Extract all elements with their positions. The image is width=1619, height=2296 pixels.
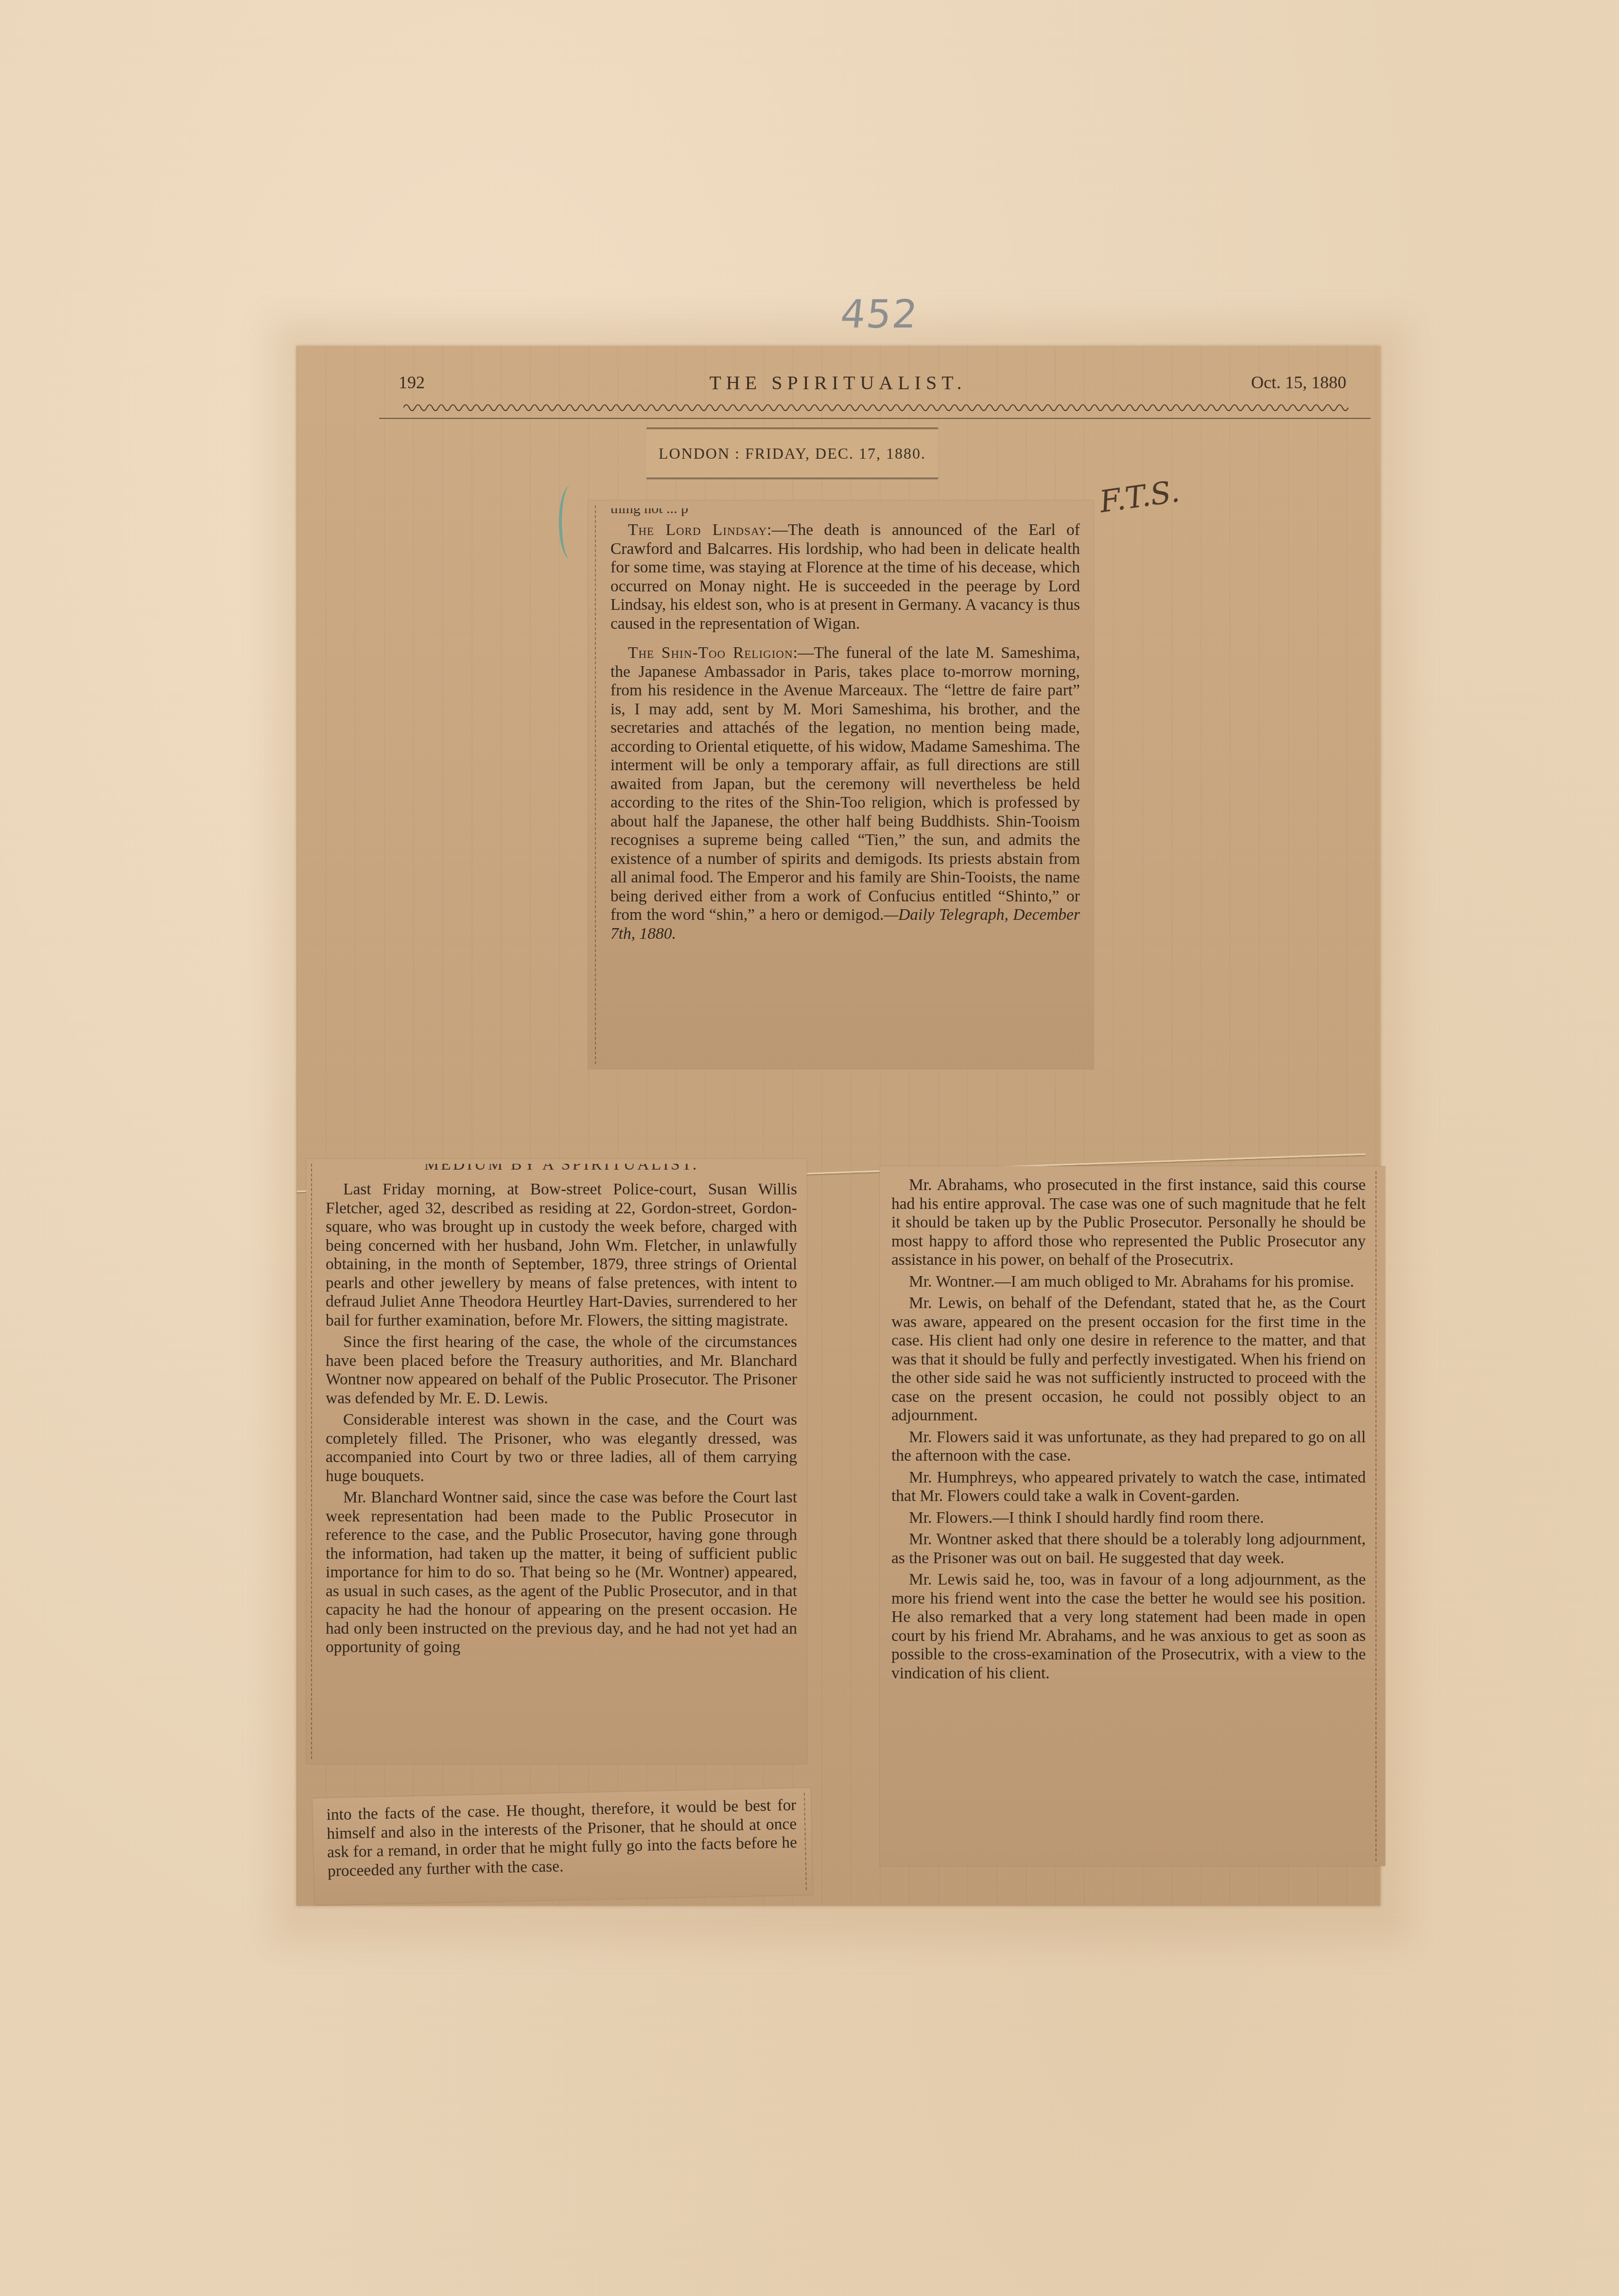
column-rule [595, 505, 596, 1064]
blue-pencil-mark [559, 486, 581, 559]
column-rule [311, 1164, 312, 1759]
dateline-box: LONDON : FRIDAY, DEC. 17, 1880. [646, 428, 938, 479]
paragraph: Mr. Flowers.—I think I should hardly fin… [891, 1509, 1366, 1528]
clipping-medium-by-a-spiritualist: MEDIUM BY A SPIRITUALIST. Last Friday mo… [306, 1159, 807, 1764]
article-heading: The Shin-Too Religion [628, 644, 793, 662]
wavy-rule-divider [403, 400, 1351, 415]
folio-number: 452 [838, 292, 920, 337]
column-rule [1375, 1171, 1376, 1861]
paragraph: Mr. Abrahams, who prosecuted in the firs… [891, 1176, 1366, 1270]
paragraph: Mr. Wontner.—I am much obliged to Mr. Ab… [891, 1273, 1366, 1292]
article-shin-too-religion: The Shin-Too Religion:—The funeral of th… [610, 644, 1080, 943]
paragraph: Since the first hearing of the case, the… [326, 1333, 797, 1408]
paragraph: Mr. Lewis, on behalf of the Defendant, s… [891, 1294, 1366, 1425]
paragraph: Considerable interest was shown in the c… [326, 1411, 797, 1485]
paragraph: into the facts of the case. He thought, … [326, 1796, 798, 1881]
column-rule [804, 1793, 807, 1890]
paragraph: Mr. Wontner asked that there should be a… [891, 1530, 1366, 1568]
article-heading: The Lord Lindsay [628, 521, 767, 539]
article-lord-lindsay: The Lord Lindsay:—The death is announced… [610, 521, 1080, 633]
clipping-lord-lindsay-shin-too: thing not ... p The Lord Lindsay:—The de… [588, 501, 1094, 1069]
header-rule [379, 418, 1371, 419]
publication-title: THE SPIRITUALIST. [709, 371, 966, 394]
issue-date: Oct. 15, 1880 [1251, 372, 1346, 393]
paragraph: Mr. Lewis said he, too, was in favour of… [891, 1571, 1366, 1683]
paragraph: Mr. Blanchard Wontner said, since the ca… [326, 1488, 797, 1657]
paragraph: Mr. Humphreys, who appeared privately to… [891, 1468, 1366, 1506]
clipping-court-proceedings: Mr. Abrahams, who prosecuted in the firs… [880, 1166, 1385, 1866]
masthead: 192 THE SPIRITUALIST. Oct. 15, 1880 [399, 368, 1346, 397]
cut-off-line: thing not ... p [610, 508, 1080, 516]
page-number: 192 [399, 372, 425, 393]
paragraph: Last Friday morning, at Bow-street Polic… [326, 1180, 797, 1330]
cut-off-heading: MEDIUM BY A SPIRITUALIST. [326, 1164, 797, 1174]
paragraph: Mr. Flowers said it was unfortunate, as … [891, 1428, 1366, 1466]
clipping-continuation: into the facts of the case. He thought, … [313, 1788, 813, 1905]
article-body: :—The funeral of the late M. Sameshima, … [610, 644, 1080, 924]
